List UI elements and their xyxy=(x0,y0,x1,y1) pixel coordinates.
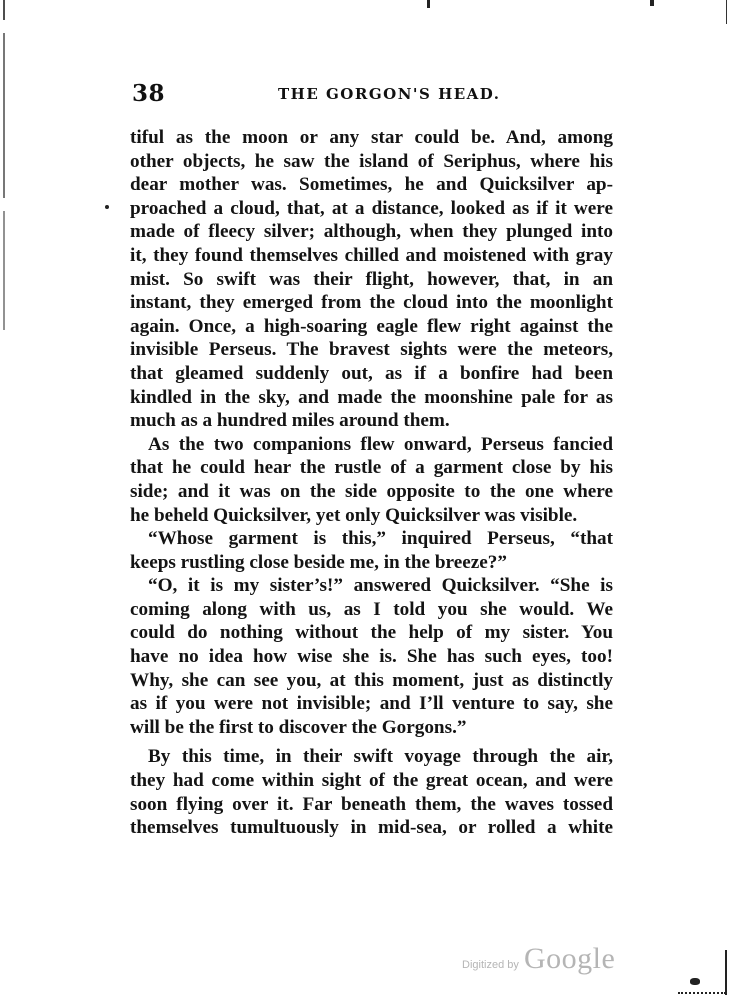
text-line: that he could hear the rustle of a garme… xyxy=(130,456,613,480)
text-line: mist. So swift was their flight, however… xyxy=(130,268,613,292)
text-line: it, they found themselves chilled and mo… xyxy=(130,244,613,268)
body-text: tiful as the moon or any star could be. … xyxy=(130,126,613,840)
scan-speck xyxy=(105,205,109,209)
text-line: have no idea how wise she is. She has su… xyxy=(130,645,613,669)
scan-mark-top xyxy=(427,0,430,8)
text-line: invisible Perseus. The bravest sights we… xyxy=(130,338,613,362)
scan-edge-left xyxy=(3,0,5,330)
text-line: much as a hundred miles around them. xyxy=(130,409,613,433)
running-head: 38 THE GORGON'S HEAD. xyxy=(130,80,613,112)
digitized-by-google-watermark: Digitized by Google xyxy=(462,942,615,976)
text-line: kindled in the sky, and made the moonshi… xyxy=(130,386,613,410)
chapter-title: THE GORGON'S HEAD. xyxy=(278,85,501,103)
text-line: coming along with us, as I told you she … xyxy=(130,598,613,622)
google-logo: Google xyxy=(524,942,615,975)
text-line: will be the first to discover the Gorgon… xyxy=(130,716,613,740)
text-line: side; and it was on the side opposite to… xyxy=(130,480,613,504)
text-line: keeps rustling close beside me, in the b… xyxy=(130,551,613,575)
scan-edge-right xyxy=(726,0,727,24)
text-line: proached a cloud, that, at a distance, l… xyxy=(130,197,613,221)
text-line: As the two companions flew onward, Perse… xyxy=(130,433,613,457)
text-line: could do nothing without the help of my … xyxy=(130,621,613,645)
page-number: 38 xyxy=(132,80,165,107)
text-line: tiful as the moon or any star could be. … xyxy=(130,126,613,150)
text-line: dear mother was. Sometimes, he and Quick… xyxy=(130,173,613,197)
book-page: 38 THE GORGON'S HEAD. tiful as the moon … xyxy=(130,80,613,840)
text-line: “O, it is my sister’s!” answered Quicksi… xyxy=(130,574,613,598)
text-line: “Whose garment is this,” inquired Perseu… xyxy=(130,527,613,551)
text-line: Why, she can see you, at this moment, ju… xyxy=(130,669,613,693)
text-line: as if you were not invisible; and I’ll v… xyxy=(130,692,613,716)
text-line: he beheld Quicksilver, yet only Quicksil… xyxy=(130,504,613,528)
scan-smudge xyxy=(678,986,726,994)
scan-edge-bottom-right xyxy=(725,950,727,995)
text-line: again. Once, a high-soaring eagle flew r… xyxy=(130,315,613,339)
text-line: instant, they emerged from the cloud int… xyxy=(130,291,613,315)
text-line: soon flying over it. Far beneath them, t… xyxy=(130,793,613,817)
scan-blot xyxy=(690,978,700,985)
text-line: they had come within sight of the great … xyxy=(130,769,613,793)
text-line: other objects, he saw the island of Seri… xyxy=(130,150,613,174)
watermark-prefix: Digitized by xyxy=(462,959,519,971)
text-line: made of fleecy silver; although, when th… xyxy=(130,220,613,244)
text-line: that gleamed suddenly out, as if a bonfi… xyxy=(130,362,613,386)
text-line: By this time, in their swift voyage thro… xyxy=(130,745,613,769)
scan-mark-top-right xyxy=(650,0,654,6)
text-line: themselves tumultuously in mid-sea, or r… xyxy=(130,816,613,840)
